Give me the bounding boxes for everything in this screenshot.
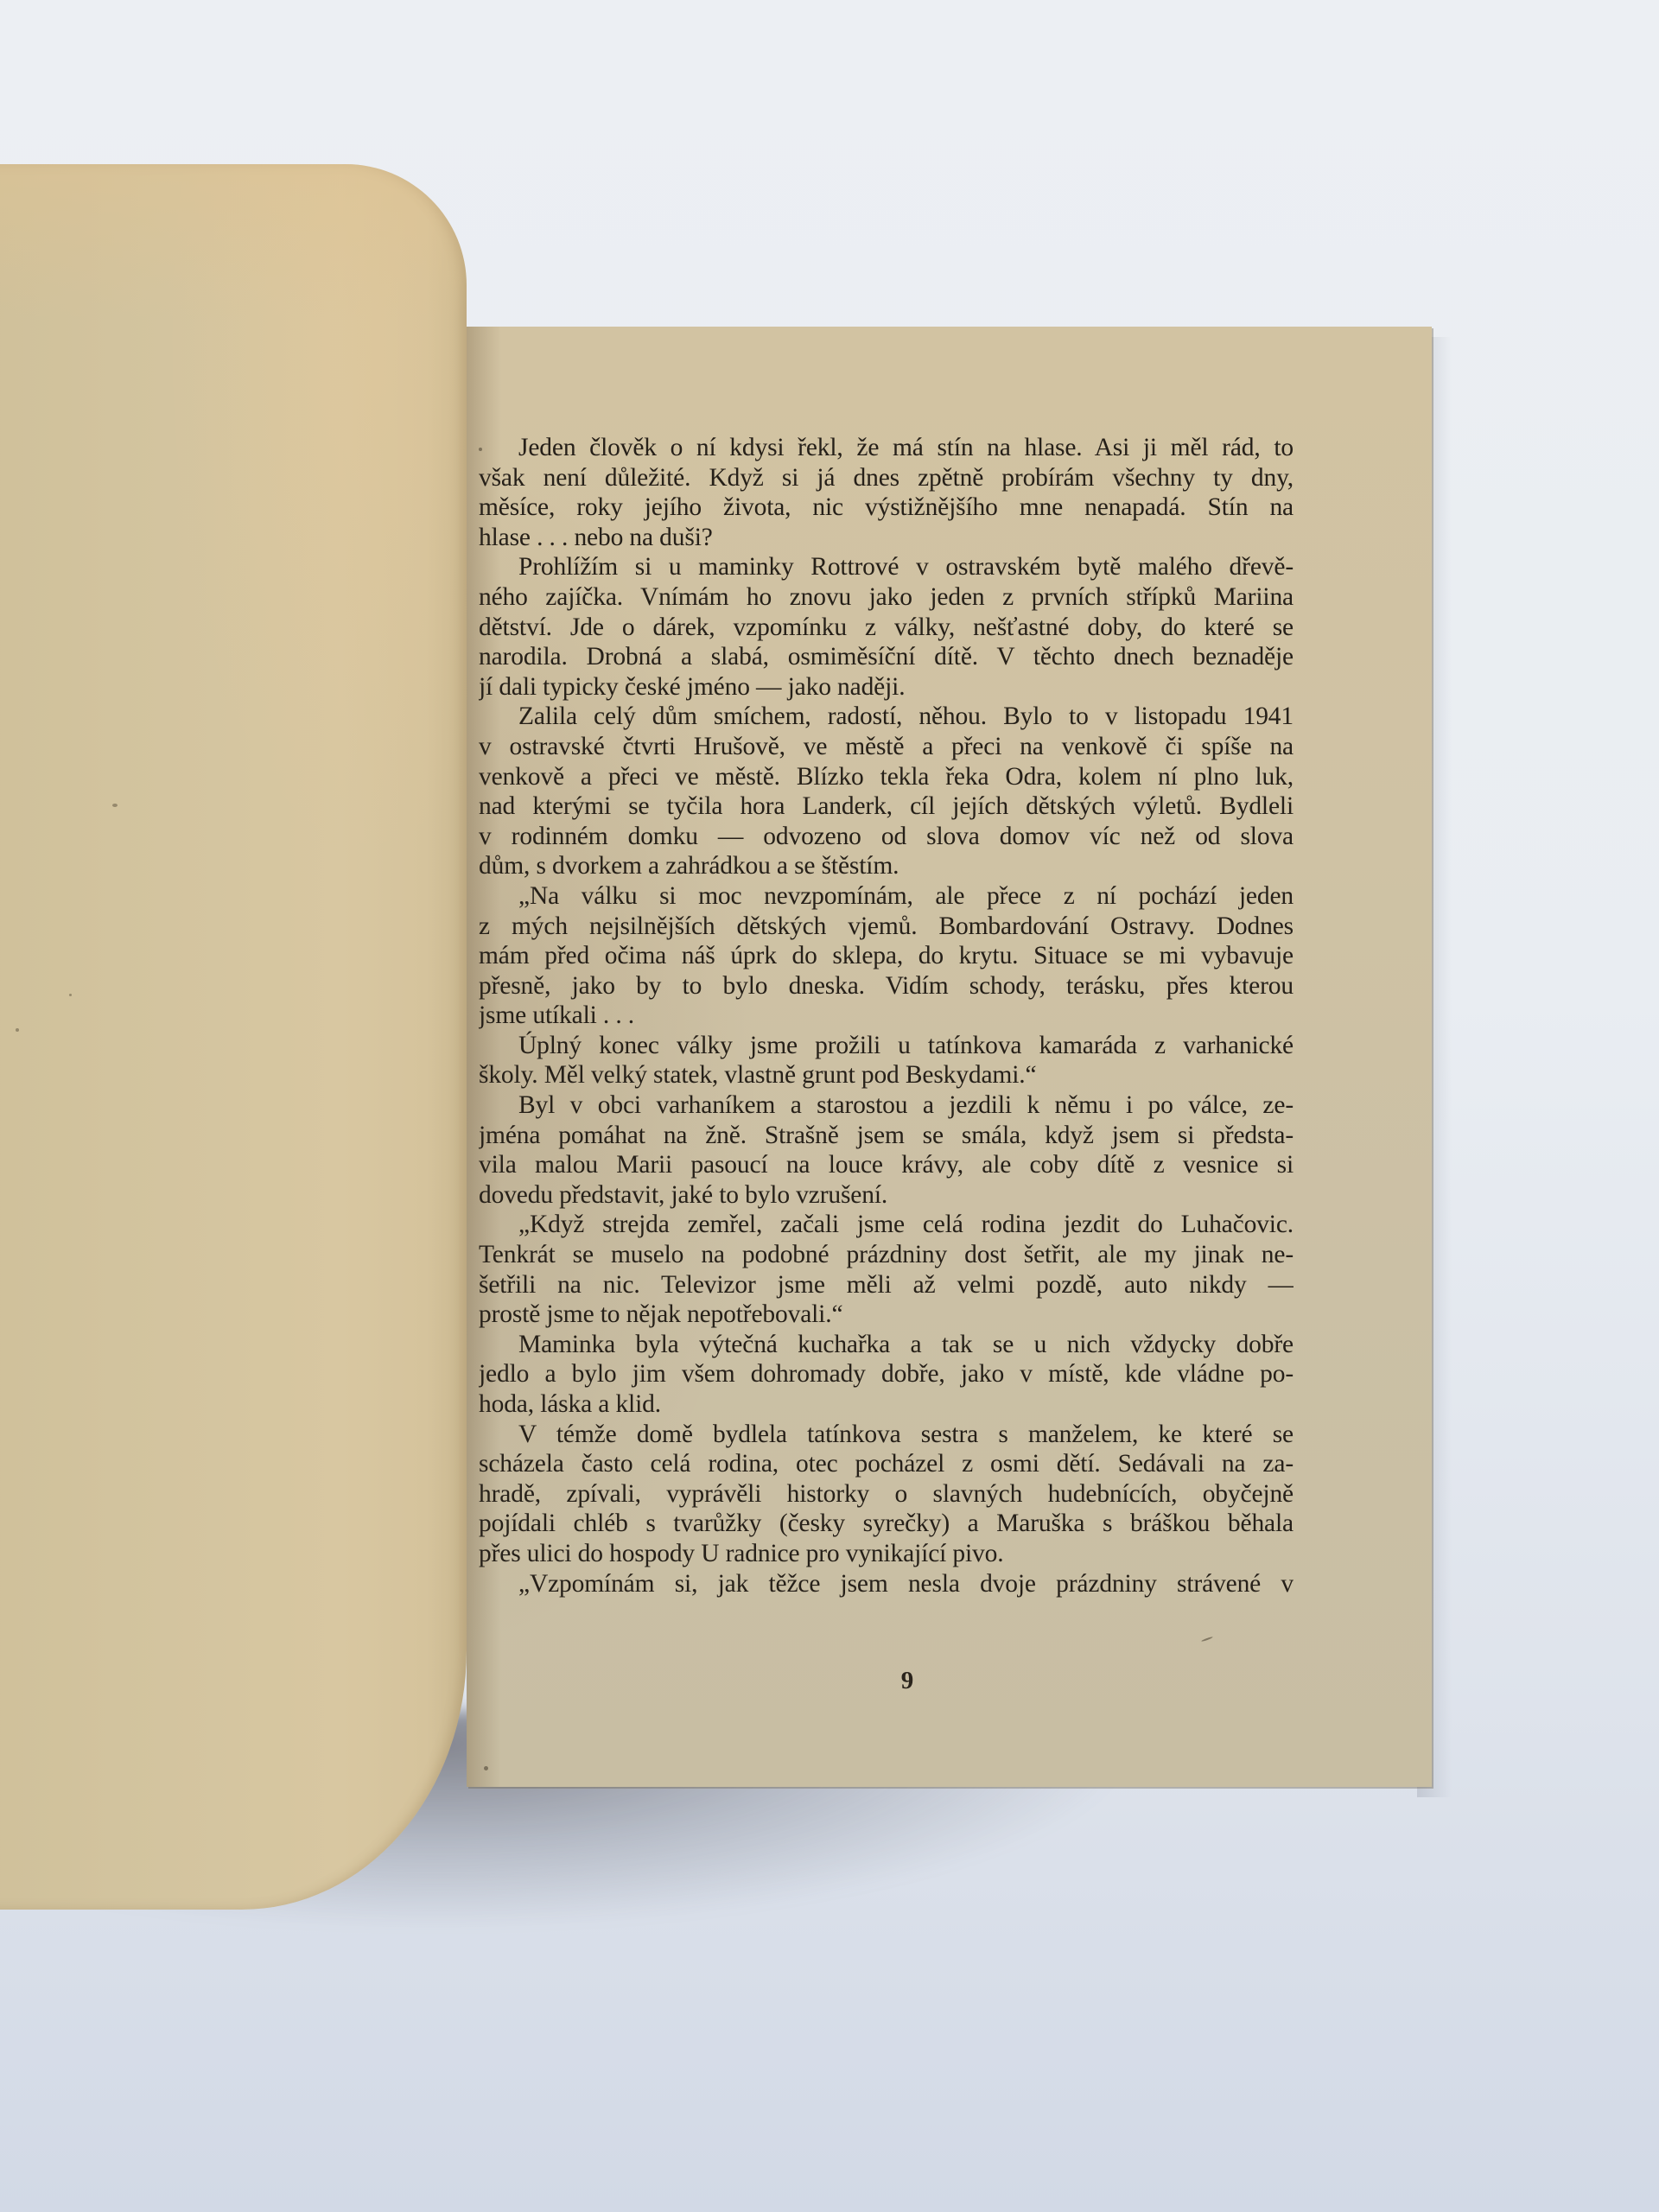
text-line: pojídali chléb s tvarůžky (česky syrečky… — [479, 1509, 1294, 1539]
paper-speck — [112, 804, 118, 807]
paper-speck — [16, 1028, 19, 1032]
text-line: jí dali typicky české jméno — jako naděj… — [479, 672, 1294, 702]
text-line: scházela často celá rodina, otec pocháze… — [479, 1449, 1294, 1479]
text-line: nad kterými se tyčila hora Landerk, cíl … — [479, 791, 1294, 822]
text-line: „Vzpomínám si, jak těžce jsem nesla dvoj… — [479, 1569, 1294, 1599]
text-line: hlase . . . nebo na duši? — [479, 523, 1294, 553]
text-line: hradě, zpívali, vyprávěli historky o sla… — [479, 1479, 1294, 1510]
paper-speck — [69, 994, 72, 996]
text-line: šetřili na nic. Televizor jsme měli až v… — [479, 1270, 1294, 1300]
text-line: vila malou Marii pasoucí na louce krávy,… — [479, 1150, 1294, 1180]
text-line: z mých nejsilnějších dětských vjemů. Bom… — [479, 912, 1294, 942]
text-line: v rodinném domku — odvozeno od slova dom… — [479, 822, 1294, 852]
text-line: přesně, jako by to bylo dneska. Vidím sc… — [479, 971, 1294, 1001]
right-page: Jeden člověk o ní kdysi řekl, že má stín… — [467, 327, 1432, 1787]
text-line: Maminka byla výtečná kuchařka a tak se u… — [479, 1330, 1294, 1360]
text-line: mám před očima náš úprk do sklepa, do kr… — [479, 941, 1294, 971]
text-line: „Když strejda zemřel, začali jsme celá r… — [479, 1210, 1294, 1240]
text-line: prostě jsme to nějak nepotřebovali.“ — [479, 1300, 1294, 1330]
text-line: jména pomáhat na žně. Strašně jsem se sm… — [479, 1121, 1294, 1151]
text-line: Zalila celý dům smíchem, radostí, něhou.… — [479, 702, 1294, 732]
text-line: Prohlížím si u maminky Rottrové v ostrav… — [479, 552, 1294, 582]
text-line: však není důležité. Když si já dnes zpět… — [479, 463, 1294, 493]
paper-speck — [484, 1766, 488, 1770]
text-line: venkově a přeci ve městě. Blízko tekla ř… — [479, 762, 1294, 792]
text-line: dům, s dvorkem a zahrádkou a se štěstím. — [479, 851, 1294, 881]
text-line: jsme utíkali . . . — [479, 1001, 1294, 1031]
text-line: „Na válku si moc nevzpomínám, ale přece … — [479, 881, 1294, 912]
page-body-text: Jeden člověk o ní kdysi řekl, že má stín… — [479, 433, 1294, 1599]
page-number: 9 — [881, 1667, 933, 1695]
text-line: jedlo a bylo jim všem dohromady dobře, j… — [479, 1359, 1294, 1389]
text-line: Jeden člověk o ní kdysi řekl, že má stín… — [479, 433, 1294, 463]
text-line: V témže domě bydlela tatínkova sestra s … — [479, 1420, 1294, 1450]
text-line: dovedu představit, jaké to bylo vzrušení… — [479, 1180, 1294, 1211]
text-line: Byl v obci varhaníkem a starostou a jezd… — [479, 1090, 1294, 1121]
text-line: ného zajíčka. Vnímám ho znovu jako jeden… — [479, 582, 1294, 613]
text-line: měsíce, roky jejího života, nic výstižně… — [479, 493, 1294, 523]
text-line: hoda, láska a klid. — [479, 1389, 1294, 1420]
paper-speck — [1201, 1637, 1213, 1643]
text-line: Úplný konec války jsme prožili u tatínko… — [479, 1031, 1294, 1061]
text-line: školy. Měl velký statek, vlastně grunt p… — [479, 1060, 1294, 1090]
text-line: v ostravské čtvrti Hrušově, ve městě a p… — [479, 732, 1294, 762]
left-page-curl — [0, 164, 467, 1910]
text-line: narodila. Drobná a slabá, osmiměsíční dí… — [479, 642, 1294, 672]
text-line: přes ulici do hospody U radnice pro vyni… — [479, 1539, 1294, 1569]
text-line: Tenkrát se muselo na podobné prázdniny d… — [479, 1240, 1294, 1270]
text-line: dětství. Jde o dárek, vzpomínku z války,… — [479, 613, 1294, 643]
paper-speck — [479, 448, 482, 451]
